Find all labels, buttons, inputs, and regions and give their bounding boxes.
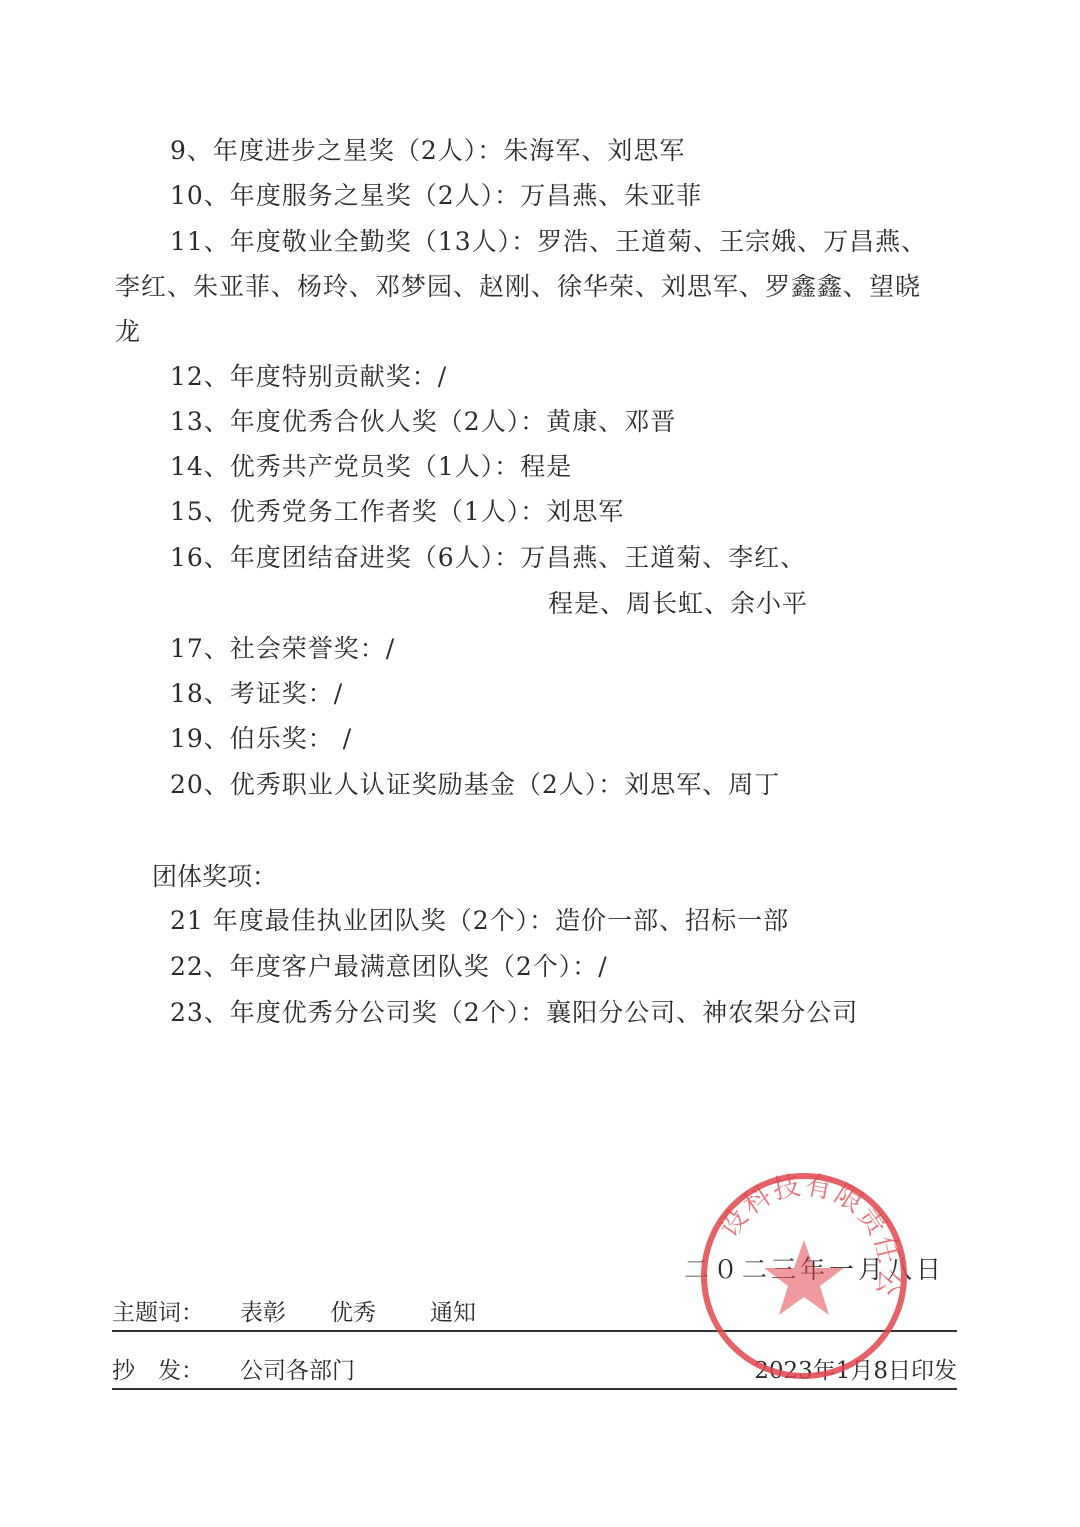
divider: [112, 1388, 957, 1390]
award-item-17: 17、社会荣誉奖：/: [170, 634, 395, 664]
award-item-11: 11、年度敬业全勤奖（13人）：罗浩、王道菊、王宗娥、万昌燕、: [170, 227, 927, 257]
issue-date: 2023年1月8日印发: [754, 1356, 957, 1386]
award-item-22: 22、年度客户最满意团队奖（2个）：/: [170, 952, 608, 982]
group-awards-heading: 团体奖项：: [152, 862, 277, 892]
award-item-13: 13、年度优秀合伙人奖（2人）：黄康、邓晋: [170, 407, 676, 437]
award-item-20: 20、优秀职业人认证奖励基金（2人）：刘思军、周丁: [170, 770, 780, 800]
keyword-2: 优秀: [330, 1298, 376, 1328]
subject-label: 主题词：: [112, 1298, 204, 1328]
cc-value: 公司各部门: [240, 1356, 355, 1386]
keyword-3: 通知: [430, 1298, 476, 1328]
award-item-18: 18、考证奖：/: [170, 679, 343, 709]
award-item-21: 21 年度最佳执业团队奖（2个）：造价一部、招标一部: [170, 906, 789, 936]
award-item-19: 19、伯乐奖： /: [170, 724, 352, 754]
award-item-16-cont: 程是、周长虹、余小平: [548, 589, 808, 619]
divider: [112, 1330, 957, 1332]
award-item-12: 12、年度特别贡献奖：/: [170, 362, 447, 392]
keyword-1: 表彰: [240, 1298, 286, 1328]
cc-label: 抄 发：: [112, 1356, 204, 1386]
award-item-15: 15、优秀党务工作者奖（1人）：刘思军: [170, 497, 624, 527]
award-item-14: 14、优秀共产党员奖（1人）：程是: [170, 452, 572, 482]
cc-row: 抄 发： 公司各部门 2023年1月8日印发: [112, 1356, 957, 1386]
award-item-11-cont: 李红、朱亚菲、杨玲、邓梦园、赵刚、徐华荣、刘思军、罗鑫鑫、望晓: [115, 272, 921, 302]
award-item-16: 16、年度团结奋进奖（6人）：万昌燕、王道菊、李红、: [170, 543, 806, 573]
award-item-9: 9、年度进步之星奖（2人）：朱海军、刘思军: [170, 136, 685, 166]
subject-keywords-row: 主题词： 表彰 优秀 通知: [112, 1298, 957, 1328]
award-item-10: 10、年度服务之星奖（2人）：万昌燕、朱亚菲: [170, 181, 702, 211]
award-item-23: 23、年度优秀分公司奖（2个）：襄阳分公司、神农架分公司: [170, 998, 858, 1028]
award-item-11-cont2: 龙: [115, 317, 141, 347]
signature-date: 二０二三年一月八日: [684, 1250, 945, 1286]
